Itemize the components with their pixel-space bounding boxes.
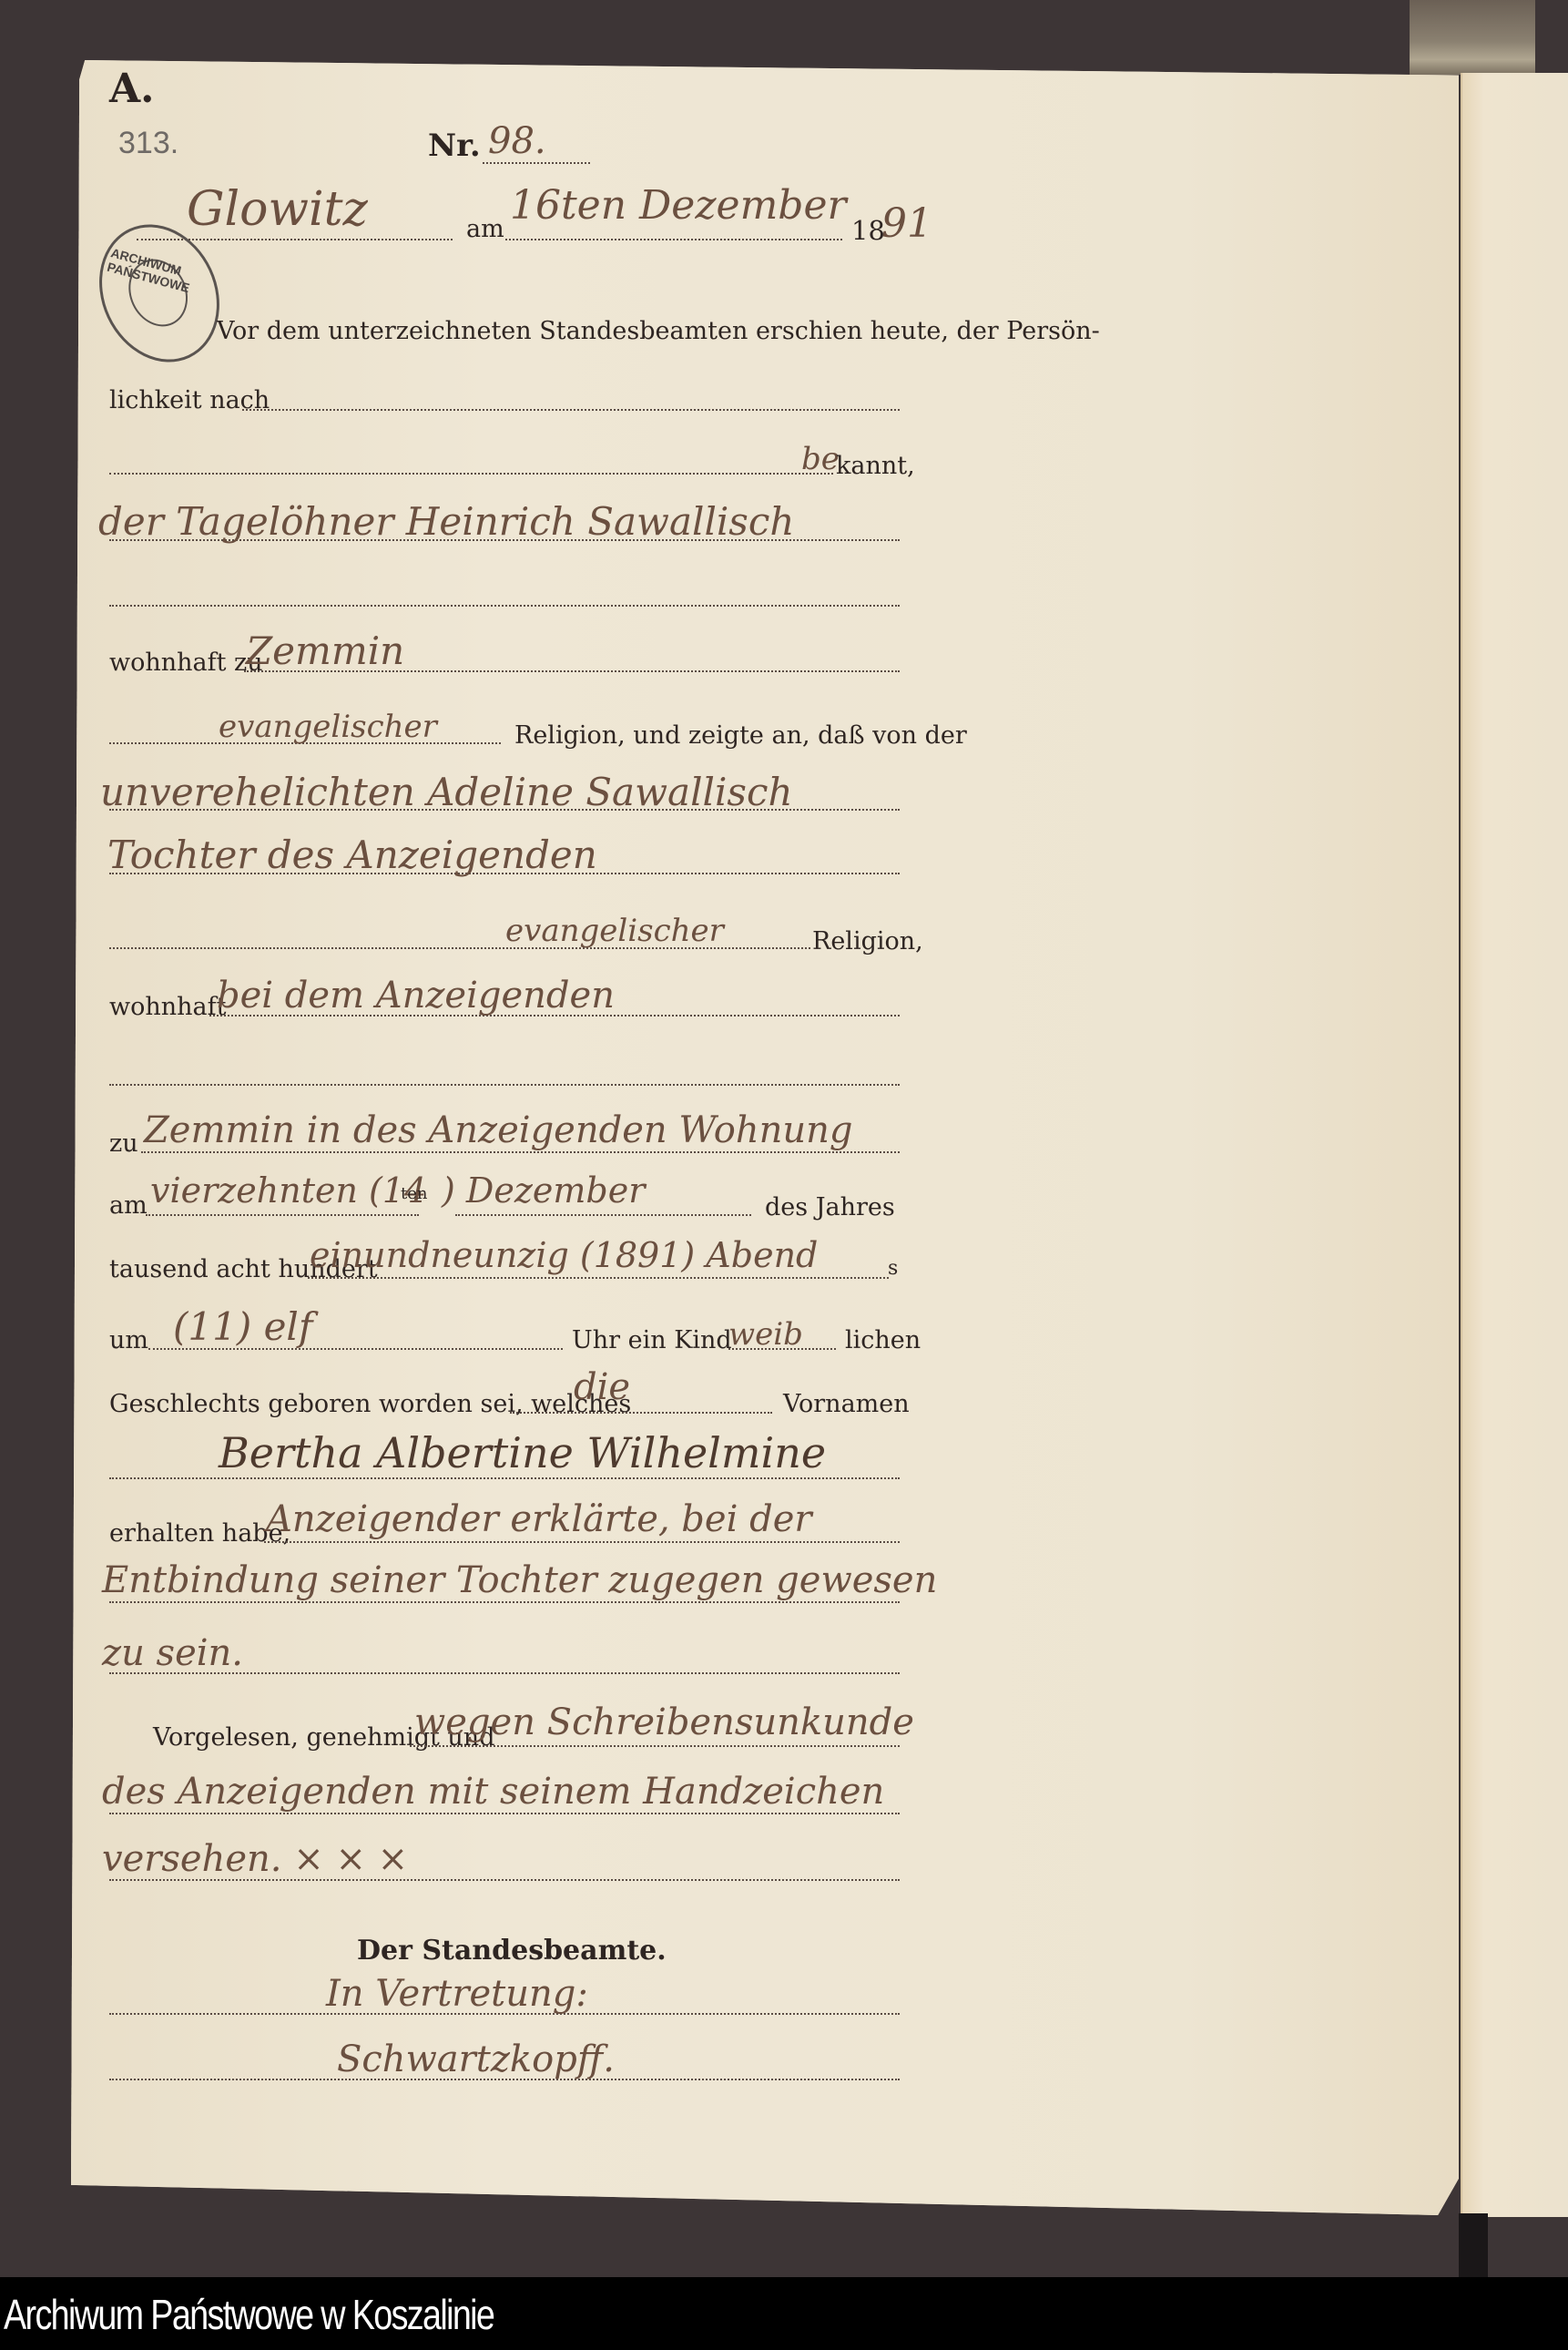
article-line [510, 1412, 772, 1414]
signature-title: Der Standesbeamte. [357, 1935, 667, 1967]
hour-value: (11) elf [173, 1304, 312, 1349]
row-bekannt-label: kannt, [836, 452, 915, 480]
birthmonth-line [455, 1214, 751, 1216]
year-words-value: einundneunzig (1891) Abend [310, 1235, 818, 1275]
hour-label: um [109, 1326, 148, 1354]
mother-relation-value: Tochter des Anzeigenden [107, 833, 597, 877]
pencil-page-number: 313. [118, 126, 178, 161]
next-page-edge [1461, 73, 1568, 2217]
record-number-line [483, 162, 590, 164]
form-letter: A. [109, 66, 154, 112]
row-blank-line-1 [109, 605, 900, 607]
year-words-suffix: s [888, 1257, 898, 1280]
erhalten-label: erhalten habe, [109, 1519, 290, 1548]
signature-value-2: Schwartzkopff. [337, 2038, 615, 2080]
birthday-superscript: ten [401, 1184, 427, 1203]
birthday-line [146, 1214, 419, 1216]
birthplace-line [141, 1151, 900, 1153]
sex-value: weib [728, 1316, 803, 1353]
child-names-line [109, 1477, 900, 1479]
archive-banner: Archiwum Państwowe w Koszalinie [0, 2277, 1568, 2350]
declarant-value: der Tagelöhner Heinrich Sawallisch [98, 499, 794, 544]
birthplace-value: Zemmin in des Anzeigenden Wohnung [144, 1109, 853, 1151]
year-suffix: 91 [881, 200, 932, 247]
row-lichkeit-line [242, 409, 900, 411]
mother-value: unverehelichten Adeline Sawallisch [100, 770, 793, 814]
archive-banner-label: Archiwum Państwowe w Koszalinie [4, 2290, 494, 2339]
closing-value-2: des Anzeigenden mit seinem Handzeichen [102, 1771, 884, 1813]
book-gutter-shadow [1459, 2213, 1488, 2277]
mother-religion-label: Religion, [812, 927, 923, 955]
intro-text: Vor dem unterzeichneten Standesbeamten e… [217, 317, 1100, 345]
book-spine-binding [1410, 0, 1535, 75]
row-bekannt-hand: be [801, 441, 840, 477]
year-words-line [308, 1277, 889, 1279]
closing-line-1 [410, 1745, 900, 1747]
remarks-line-2 [109, 1601, 900, 1603]
birthday-value: vierzehnten (14 [150, 1170, 426, 1211]
religion-value: evangelischer [219, 709, 437, 745]
residence-label: wohnhaft zu [109, 649, 263, 677]
child-names-value: Bertha Albertine Wilhelmine [219, 1428, 826, 1477]
des-jahres-label: des Jahres [765, 1193, 895, 1221]
row-blank-line-2 [109, 1084, 900, 1086]
sex-suffix: lichen [845, 1326, 921, 1354]
date-line [505, 239, 842, 240]
remarks-value-2: Entbindung seiner Tochter zugegen gewese… [102, 1559, 937, 1601]
birthmonth-value: ) Dezember [442, 1170, 645, 1211]
residence-value: Zemmin [246, 628, 404, 673]
record-number-value: 98. [488, 120, 546, 162]
gender-clause: Geschlechts geboren worden sei, welches [109, 1390, 631, 1418]
closing-line-2 [109, 1813, 900, 1814]
year-prefix: 18 [851, 215, 885, 246]
remarks-value-1: Anzeigender erklärte, bei der [266, 1498, 812, 1540]
article-value: die [574, 1366, 630, 1408]
remarks-value-3: zu sein. [102, 1632, 243, 1674]
birthdate-label: am [109, 1191, 148, 1220]
signature-value-1: In Vertretung: [326, 1973, 588, 2015]
remarks-line-1 [264, 1541, 900, 1543]
birthplace-label: zu [109, 1129, 138, 1158]
date-label: am [466, 215, 504, 243]
mother-residence-value: bei dem Anzeigenden [217, 975, 615, 1017]
place-value: Glowitz [187, 182, 368, 237]
closing-value-1: wegen Schreibensunkunde [414, 1701, 914, 1743]
religion-text: Religion, und zeigte an, daß von der [514, 721, 967, 750]
kind-label: Uhr ein Kind [572, 1326, 732, 1354]
mother-residence-label: wohnhaft [109, 993, 226, 1021]
mother-religion-value: evangelischer [505, 913, 724, 949]
record-number-label: Nr. [428, 128, 481, 164]
row-bekannt-line [109, 473, 833, 475]
closing-value-3: versehen. × × × [102, 1838, 408, 1880]
vornamen-label: Vornamen [783, 1390, 910, 1418]
date-value: 16ten Dezember [510, 182, 847, 229]
